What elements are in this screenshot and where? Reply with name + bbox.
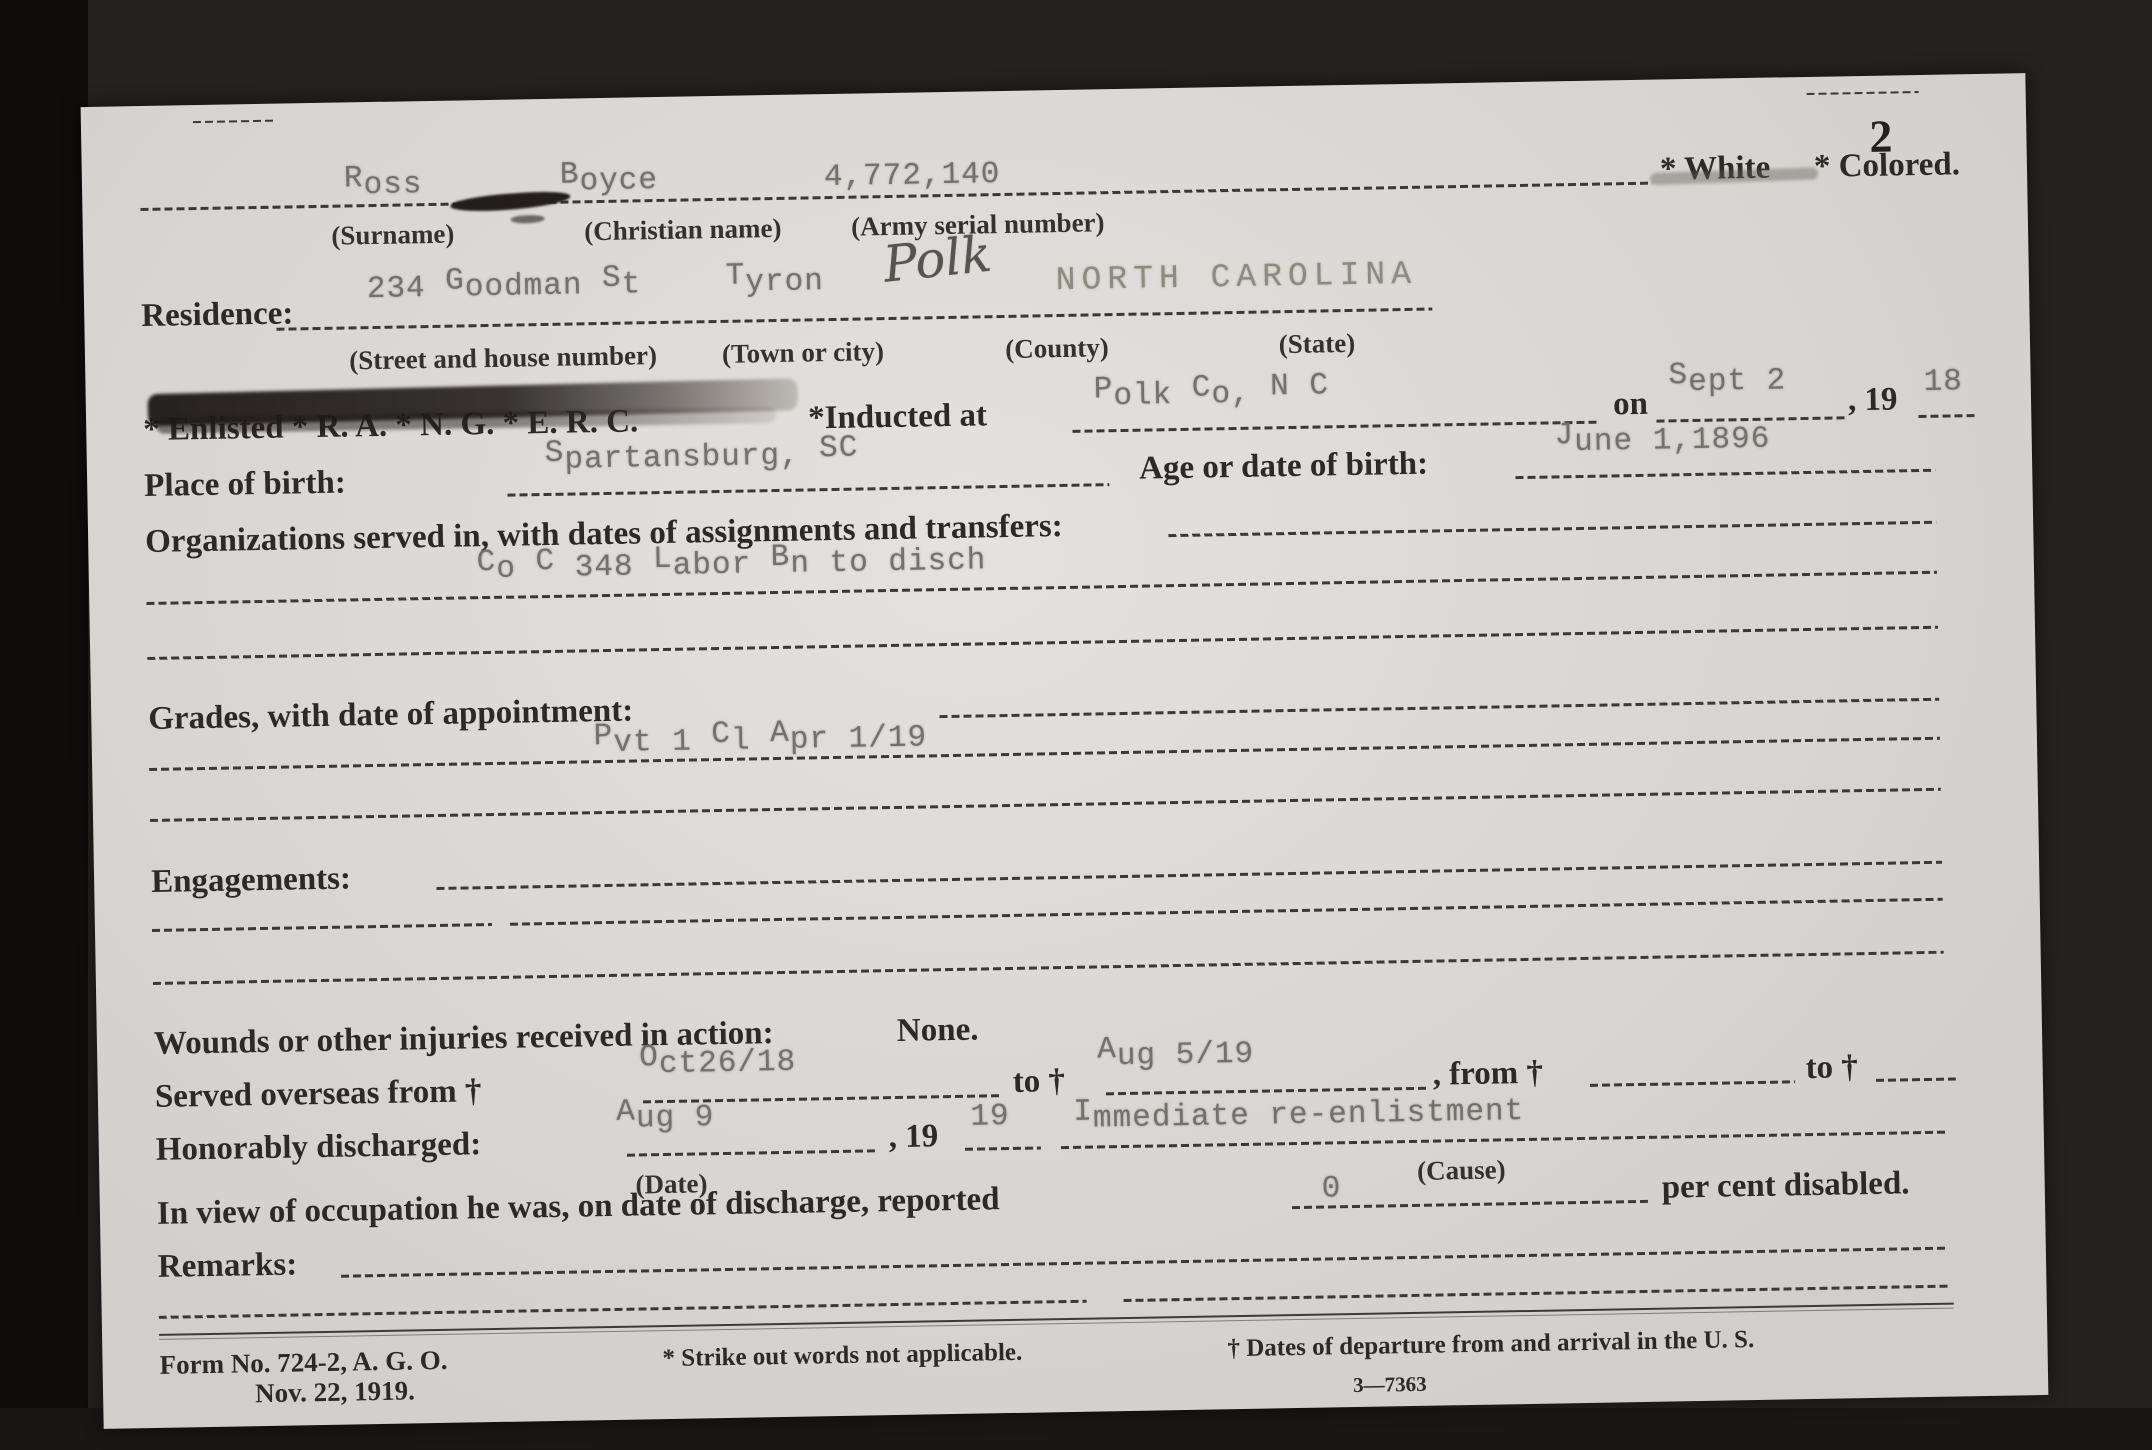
- residence-county-value: Polk: [881, 225, 994, 294]
- disability-label: In view of occupation he was, on date of…: [157, 1181, 1000, 1233]
- discharge-cause-value: Immediate re-enlistment: [1073, 1094, 1524, 1137]
- grades-line-2: [150, 788, 1941, 822]
- serial-number-value: 4,772,140: [824, 157, 1001, 195]
- county-sublabel: (County): [1005, 332, 1109, 365]
- grades-line-0: [939, 698, 1939, 718]
- engagements-line-2: [153, 951, 1944, 985]
- discharge-date-value: Aug 9: [616, 1100, 715, 1137]
- overseas-line-2: [1106, 1087, 1428, 1096]
- birth-place-value: Spartansburg, SC: [545, 438, 859, 478]
- inducted-line: [1072, 421, 1600, 433]
- residence-town-value: Tyron: [725, 264, 824, 301]
- residence-label: Residence:: [141, 295, 294, 335]
- town-sublabel: (Town or city): [722, 336, 885, 370]
- disability-suffix: per cent disabled.: [1661, 1165, 1909, 1206]
- year-19-prefix: , 19: [1848, 381, 1898, 419]
- surname-sublabel: (Surname): [331, 219, 455, 252]
- footnote-strike: * Strike out words not applicable.: [662, 1339, 1022, 1373]
- birth-date-value: June 1,1896: [1554, 422, 1770, 461]
- overseas-line-4: [1876, 1077, 1956, 1081]
- grades-label: Grades, with date of appointment:: [148, 693, 633, 738]
- organizations-entry: Co C 348 Labor Bn to disch: [476, 543, 986, 587]
- scanned-page: 2 Ross Boyce 4,772,140 * White * Colored…: [0, 0, 2152, 1450]
- footnote-dagger: † Dates of departure from and arrival in…: [1227, 1326, 1754, 1363]
- form-date: Nov. 22, 1919.: [255, 1375, 415, 1409]
- disability-value: 0: [1321, 1171, 1341, 1206]
- state-sublabel: (State): [1278, 328, 1355, 360]
- race-colored-label: * Colored.: [1814, 146, 1961, 186]
- ink-speck: [511, 215, 545, 224]
- overseas-to2-label: to †: [1805, 1049, 1858, 1087]
- overseas-label: Served overseas from †: [155, 1073, 482, 1116]
- wounds-value: None.: [897, 1012, 979, 1050]
- engagements-label: Engagements:: [151, 860, 351, 900]
- discharge-year-value: 19: [970, 1099, 1010, 1135]
- scan-left-edge: [0, 0, 88, 1450]
- discharge-cause-sublabel: (Cause): [1417, 1154, 1506, 1187]
- print-code: 3—7363: [1353, 1372, 1427, 1398]
- organizations-line-0: [1168, 521, 1936, 537]
- on-label: on: [1613, 386, 1648, 424]
- enlist-year-value: 18: [1923, 364, 1963, 400]
- overseas-to1-label: to †: [1012, 1063, 1065, 1101]
- discharge-year-line: [965, 1146, 1041, 1150]
- ink-blot: [450, 189, 571, 213]
- organizations-line-2: [147, 626, 1938, 660]
- enlist-year-line: [1918, 414, 1978, 418]
- residence-street-value: 234 Goodman St: [367, 267, 642, 307]
- overseas-to1-value: Aug 5/19: [1097, 1037, 1254, 1075]
- engagements-line-1b: [510, 898, 1943, 926]
- service-record-card: 2 Ross Boyce 4,772,140 * White * Colored…: [81, 73, 2049, 1429]
- discharge-label: Honorably discharged:: [156, 1126, 482, 1169]
- enlist-date-value: Sept 2: [1668, 363, 1786, 400]
- organizations-line-1: [146, 571, 1937, 605]
- birth-place-label: Place of birth:: [144, 465, 346, 506]
- top-right-mark: [1807, 91, 1919, 95]
- grades-line-1: [149, 737, 1940, 771]
- disability-line: [1292, 1200, 1648, 1209]
- birth-date-label: Age or date of birth:: [1139, 446, 1429, 488]
- inducted-place-value: Polk Co, N C: [1094, 375, 1330, 414]
- overseas-from2-label: , from †: [1432, 1055, 1543, 1094]
- christian-name-value: Boyce: [560, 163, 659, 200]
- overseas-line-3: [1590, 1080, 1795, 1087]
- bottom-dotted-line-b: [1124, 1285, 1950, 1302]
- overseas-from1-value: Oct26/18: [639, 1045, 796, 1083]
- remarks-label: Remarks:: [158, 1246, 298, 1285]
- remarks-line: [341, 1247, 1949, 1278]
- birth-date-line: [1515, 469, 1935, 479]
- christian-name-sublabel: (Christian name): [584, 213, 782, 247]
- top-left-mark: [193, 120, 275, 123]
- engagements-line-1a: [152, 923, 492, 932]
- residence-line: [276, 308, 1432, 331]
- engagements-line-0: [436, 861, 1942, 890]
- residence-state-value: NORTH CAROLINA: [1055, 256, 1417, 299]
- discharge-year-prefix: , 19: [888, 1118, 938, 1156]
- street-sublabel: (Street and house number): [349, 340, 657, 376]
- discharge-date-line: [627, 1149, 879, 1156]
- bottom-dotted-line-a: [159, 1300, 1087, 1319]
- birth-place-line: [507, 483, 1109, 497]
- surname-value: Ross: [344, 167, 423, 203]
